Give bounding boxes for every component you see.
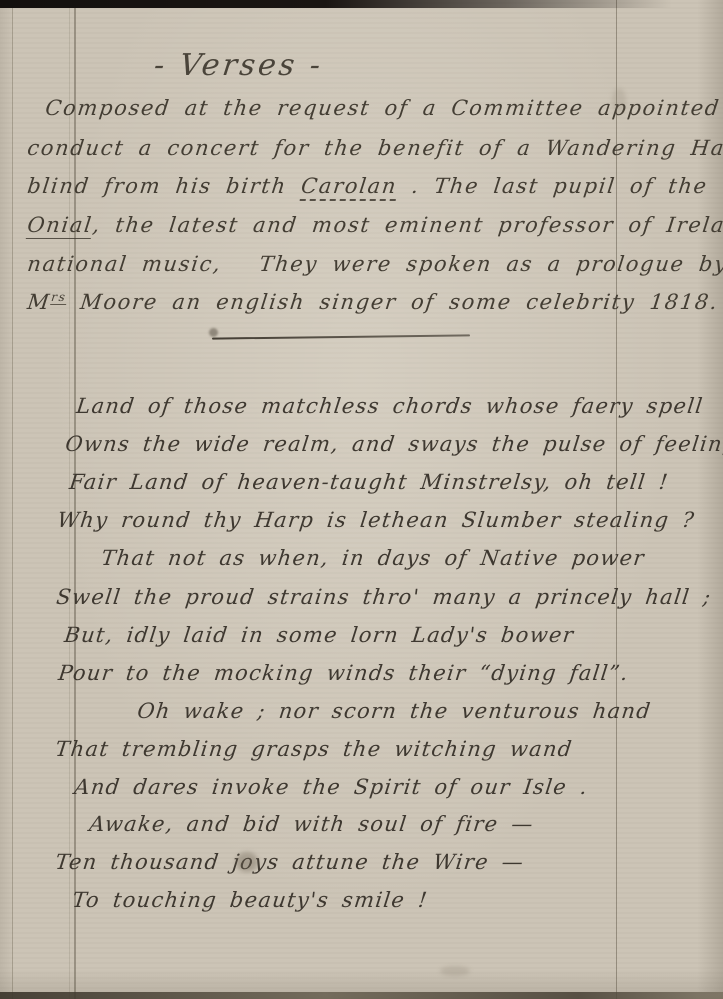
section-divider-line — [212, 334, 470, 339]
poem-line: Awake, and bid with soul of fire — — [88, 812, 535, 836]
poem-line: Owns the wide realm, and sways the pulse… — [64, 432, 723, 456]
poem-line: Pour to the mocking winds their “dying f… — [57, 661, 630, 685]
poem-line: To touching beauty's smile ! — [71, 888, 429, 912]
intro-line-3-text: blind from his birth — [26, 174, 303, 198]
poem-line: That not as when, in days of Native powe… — [100, 546, 646, 570]
underlined-name-carolan: Carolan — [299, 174, 398, 201]
intro-line-5-left: national music, — [26, 252, 223, 276]
poem-line: Land of those matchless chords whose fae… — [75, 394, 705, 418]
poem-line: Fair Land of heaven-taught Minstrelsy, o… — [68, 470, 670, 494]
poem-line: Why round thy Harp is lethean Slumber st… — [56, 508, 696, 532]
intro-line-6: Mrs Moore an english singer of some cele… — [26, 290, 723, 314]
poem-line: Oh wake ; nor scorn the venturous hand — [136, 699, 653, 723]
intro-line-6-tail: Moore an english singer of some celebrit… — [65, 290, 723, 314]
intro-line-2: conduct a concert for the benefit of a W… — [26, 136, 723, 160]
poem-line: But, idly laid in some lorn Lady's bower — [63, 623, 576, 647]
underlined-name-onial: Onial — [26, 213, 94, 239]
scan-bottom-edge — [0, 992, 723, 999]
intro-line-4: Onial, the latest and most eminent profe… — [26, 213, 723, 237]
intro-line-5: national music,They were spoken as a pro… — [26, 252, 223, 276]
intro-line-6-initial: M — [26, 290, 52, 314]
margin-rule-outer-left — [12, 0, 13, 999]
poem-line: Ten thousand joys attune the Wire — — [54, 850, 526, 874]
ink-blot — [209, 328, 218, 337]
poem-line: That trembling grasps the witching wand — [54, 737, 574, 761]
page-title: - Verses - — [152, 48, 325, 83]
paper-stain — [612, 88, 626, 114]
intro-line-3-tail: . The last pupil of the — [396, 174, 710, 198]
manuscript-page: - Verses - Composed at the request of a … — [0, 0, 723, 999]
paper-stain — [236, 852, 258, 872]
poem-line: And dares invoke the Spirit of our Isle … — [73, 775, 590, 799]
paper-stain — [440, 966, 470, 976]
scan-top-edge — [0, 0, 723, 8]
poem-line: Swell the proud strains thro' many a pri… — [55, 585, 713, 609]
intro-line-3: blind from his birth Carolan . The last … — [26, 174, 709, 198]
intro-line-5-right: They were spoken as a prologue by — [258, 252, 723, 276]
intro-line-4-tail: , the latest and most eminent professor … — [91, 213, 723, 237]
